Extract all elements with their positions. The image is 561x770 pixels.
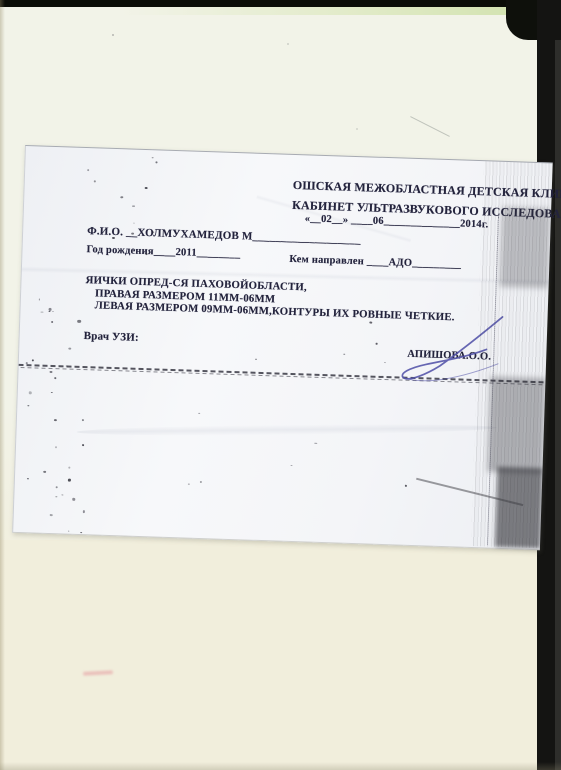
toner-speck (50, 514, 52, 516)
toner-speck (291, 284, 293, 285)
toner-speck (80, 532, 83, 534)
report-paper: ОШСКАЯ МЕЖОБЛАСТНАЯ ДЕТСКАЯ КЛИНИЧЕСКАЯ … (12, 145, 553, 550)
toner-speck (408, 210, 411, 212)
toner-speck (43, 471, 45, 473)
toner-speck (82, 510, 85, 513)
toner-speck (68, 479, 72, 482)
toner-specks (13, 146, 553, 549)
toner-speck (290, 465, 292, 466)
toner-speck (155, 161, 158, 163)
scanner-background-lower (0, 540, 537, 770)
page-bottom-edge-shadow (0, 762, 561, 770)
toner-speck (198, 412, 201, 414)
toner-speck (27, 478, 29, 479)
toner-speck (152, 157, 154, 158)
toner-speck (52, 310, 54, 311)
toner-speck (112, 237, 114, 239)
toner-speck (87, 169, 89, 171)
toner-speck (49, 371, 52, 374)
toner-speck (51, 392, 53, 393)
toner-speck (55, 486, 58, 488)
toner-speck (54, 377, 56, 379)
toner-speck (29, 392, 32, 395)
toner-speck (200, 481, 202, 483)
scanner-right-band-edge (555, 40, 561, 770)
toner-speck (82, 444, 85, 446)
toner-speck (49, 308, 52, 311)
toner-speck (145, 187, 148, 189)
scanner-top-bar (0, 0, 561, 7)
toner-speck (82, 419, 84, 421)
toner-speck (405, 485, 407, 486)
scanner-top-green-tint (120, 7, 550, 15)
toner-speck (61, 494, 63, 496)
toner-speck (375, 343, 377, 344)
toner-speck (72, 498, 75, 501)
toner-speck (27, 406, 29, 407)
toner-speck (94, 180, 96, 182)
toner-speck (188, 483, 190, 484)
toner-speck (314, 442, 317, 444)
background-speck (356, 128, 358, 130)
toner-speck (51, 321, 54, 323)
toner-speck (56, 496, 58, 498)
toner-speck (255, 359, 257, 360)
toner-speck (55, 446, 57, 448)
toner-speck (152, 232, 155, 234)
toner-speck (384, 362, 386, 363)
toner-speck (78, 320, 82, 323)
toner-speck (69, 466, 71, 468)
toner-speck (39, 299, 41, 300)
toner-speck (131, 232, 134, 235)
background-speck (112, 34, 114, 36)
toner-speck (68, 530, 70, 532)
toner-speck (120, 196, 123, 198)
toner-speck (133, 222, 135, 224)
toner-speck (343, 353, 345, 354)
toner-speck (54, 419, 57, 421)
toner-speck (132, 205, 135, 207)
scanner-glass-scratch (410, 116, 450, 137)
toner-speck (26, 363, 28, 365)
page-left-edge-shadow (0, 0, 5, 770)
toner-speck (31, 360, 33, 362)
toner-speck (65, 366, 67, 367)
toner-speck (41, 312, 44, 314)
toner-speck (145, 253, 147, 255)
toner-speck (369, 321, 372, 324)
background-speck (287, 43, 289, 45)
toner-speck (68, 347, 71, 350)
